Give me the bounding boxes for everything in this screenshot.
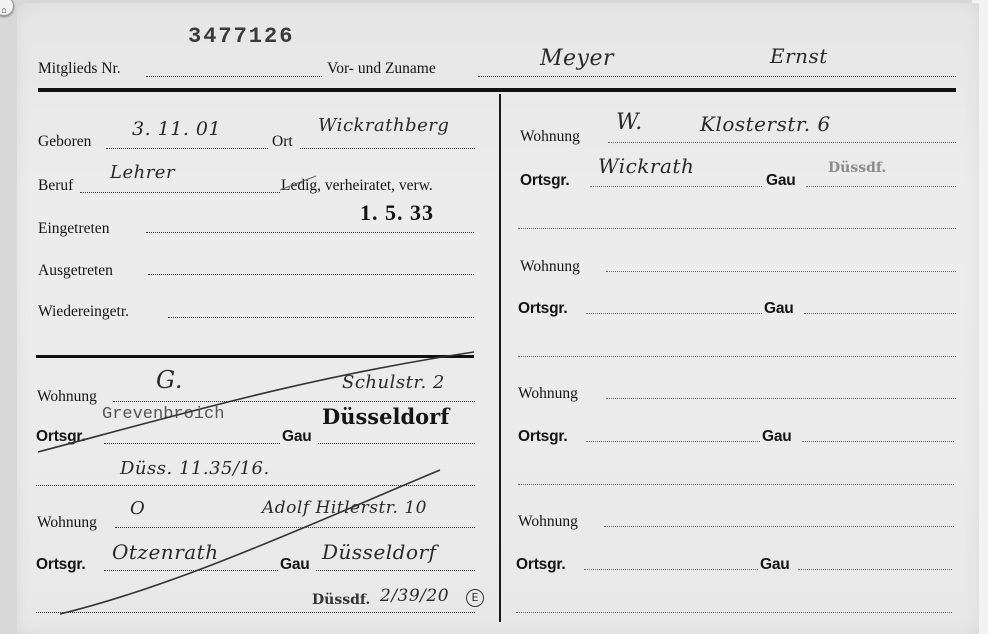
born-value: 3. 11. 01: [132, 118, 221, 140]
right-group-label-3: Ortsgr.: [518, 428, 567, 446]
right-gau-line-3: [802, 441, 954, 442]
group-value-1: Grevenbroich: [102, 405, 224, 424]
gau-label-2: Gau: [280, 556, 310, 574]
right-residence-value-1: Klosterstr. 6: [700, 112, 831, 136]
rejoined-line: [168, 317, 474, 318]
right-gau-label-2: Gau: [764, 300, 794, 318]
right-gau-label-4: Gau: [760, 556, 790, 574]
note-1: Düss. 11.35/16.: [120, 458, 270, 479]
note-line-1: [36, 485, 475, 486]
name-label: Vor- und Zuname: [327, 60, 436, 78]
joined-value: 1. 5. 33: [360, 200, 434, 226]
right-gau-label-1: Gau: [766, 172, 796, 190]
gau-line-1: [318, 443, 475, 444]
right-group-label-4: Ortsgr.: [516, 556, 565, 574]
right-group-line-1: [590, 186, 762, 187]
job-line: [80, 192, 280, 193]
surname-value: Meyer: [540, 46, 614, 71]
right-group-label-2: Ortsgr.: [518, 300, 567, 318]
member-no-line: [146, 76, 322, 77]
note-2: 2/39/20: [380, 586, 449, 606]
gau-value-2: Düsseldorf: [322, 540, 436, 564]
name-line: [478, 76, 956, 77]
right-residence-label-2: Wohnung: [520, 258, 580, 276]
gau-label-1: Gau: [282, 428, 312, 446]
gau-value-1: Düsseldorf: [322, 404, 449, 429]
job-label: Beruf: [38, 177, 73, 195]
place-value: Wickrathberg: [318, 115, 449, 136]
group-label-1: Ortsgr.: [36, 428, 85, 446]
left-line: [148, 274, 474, 275]
born-line: [106, 148, 268, 149]
marital-label: Ledig, verheiratet, verw.: [281, 177, 433, 195]
column-divider: [499, 94, 501, 622]
note-line-2: [36, 612, 475, 613]
right-group-line-4: [584, 569, 758, 570]
residence-value-2: Adolf Hitlerstr. 10: [262, 498, 427, 518]
e-circle-mark: E: [466, 588, 484, 607]
joined-line: [146, 232, 474, 233]
right-gau-line-1: [806, 186, 956, 187]
right-note-line-3: [518, 484, 954, 485]
residence-line-2: [115, 527, 475, 528]
residence-line-1: [113, 401, 475, 402]
right-residence-line-1: [608, 142, 956, 143]
member-no-label: Mitglieds Nr.: [38, 60, 121, 78]
group-line-1: [104, 443, 280, 444]
e-mark-text: E: [466, 589, 484, 607]
right-residence-line-3: [606, 398, 956, 399]
right-note-line-2: [518, 356, 956, 357]
residence-value-1: Schulstr. 2: [342, 372, 445, 393]
right-residence-label-1: Wohnung: [520, 128, 580, 146]
rejoined-label: Wiedereingetr.: [38, 303, 129, 321]
right-gau-line-4: [798, 569, 952, 570]
left-label: Ausgetreten: [38, 262, 113, 280]
right-group-label-1: Ortsgr.: [520, 172, 569, 190]
right-residence-label-4: Wohnung: [518, 513, 578, 531]
note-stamp-2: Düssdf.: [312, 592, 370, 608]
right-gau-line-2: [804, 313, 956, 314]
right-gau-value-1: Düssdf.: [828, 160, 886, 176]
gau-line-2: [316, 570, 475, 571]
place-line: [300, 148, 475, 149]
group-label-2: Ortsgr.: [36, 556, 85, 574]
right-gau-label-3: Gau: [762, 428, 792, 446]
section-rule: [36, 355, 474, 358]
residence-prefix-2: O: [130, 498, 145, 519]
right-group-line-3: [586, 441, 760, 442]
member-number-stamp: 3477126: [188, 24, 294, 49]
right-residence-line-2: [606, 271, 956, 272]
firstname-value: Ernst: [770, 44, 828, 68]
right-residence-prefix-1: W.: [616, 110, 643, 135]
right-residence-label-3: Wohnung: [518, 385, 578, 403]
born-label: Geboren: [38, 133, 91, 151]
residence-prefix-1: G.: [156, 366, 183, 394]
place-label: Ort: [272, 133, 293, 151]
right-group-line-2: [586, 313, 762, 314]
joined-label: Eingetreten: [38, 220, 109, 238]
header-rule: [38, 88, 956, 92]
right-note-line-4: [516, 612, 952, 613]
right-residence-line-4: [604, 526, 954, 527]
group-line-2: [104, 570, 278, 571]
group-value-2: Otzenrath: [112, 540, 219, 564]
job-value: Lehrer: [110, 162, 175, 183]
residence-label-1: Wohnung: [37, 388, 97, 406]
right-note-line-1: [518, 228, 956, 229]
right-group-value-1: Wickrath: [598, 154, 694, 178]
home-icon[interactable]: ⌂: [0, 0, 14, 16]
residence-label-2: Wohnung: [37, 514, 97, 532]
